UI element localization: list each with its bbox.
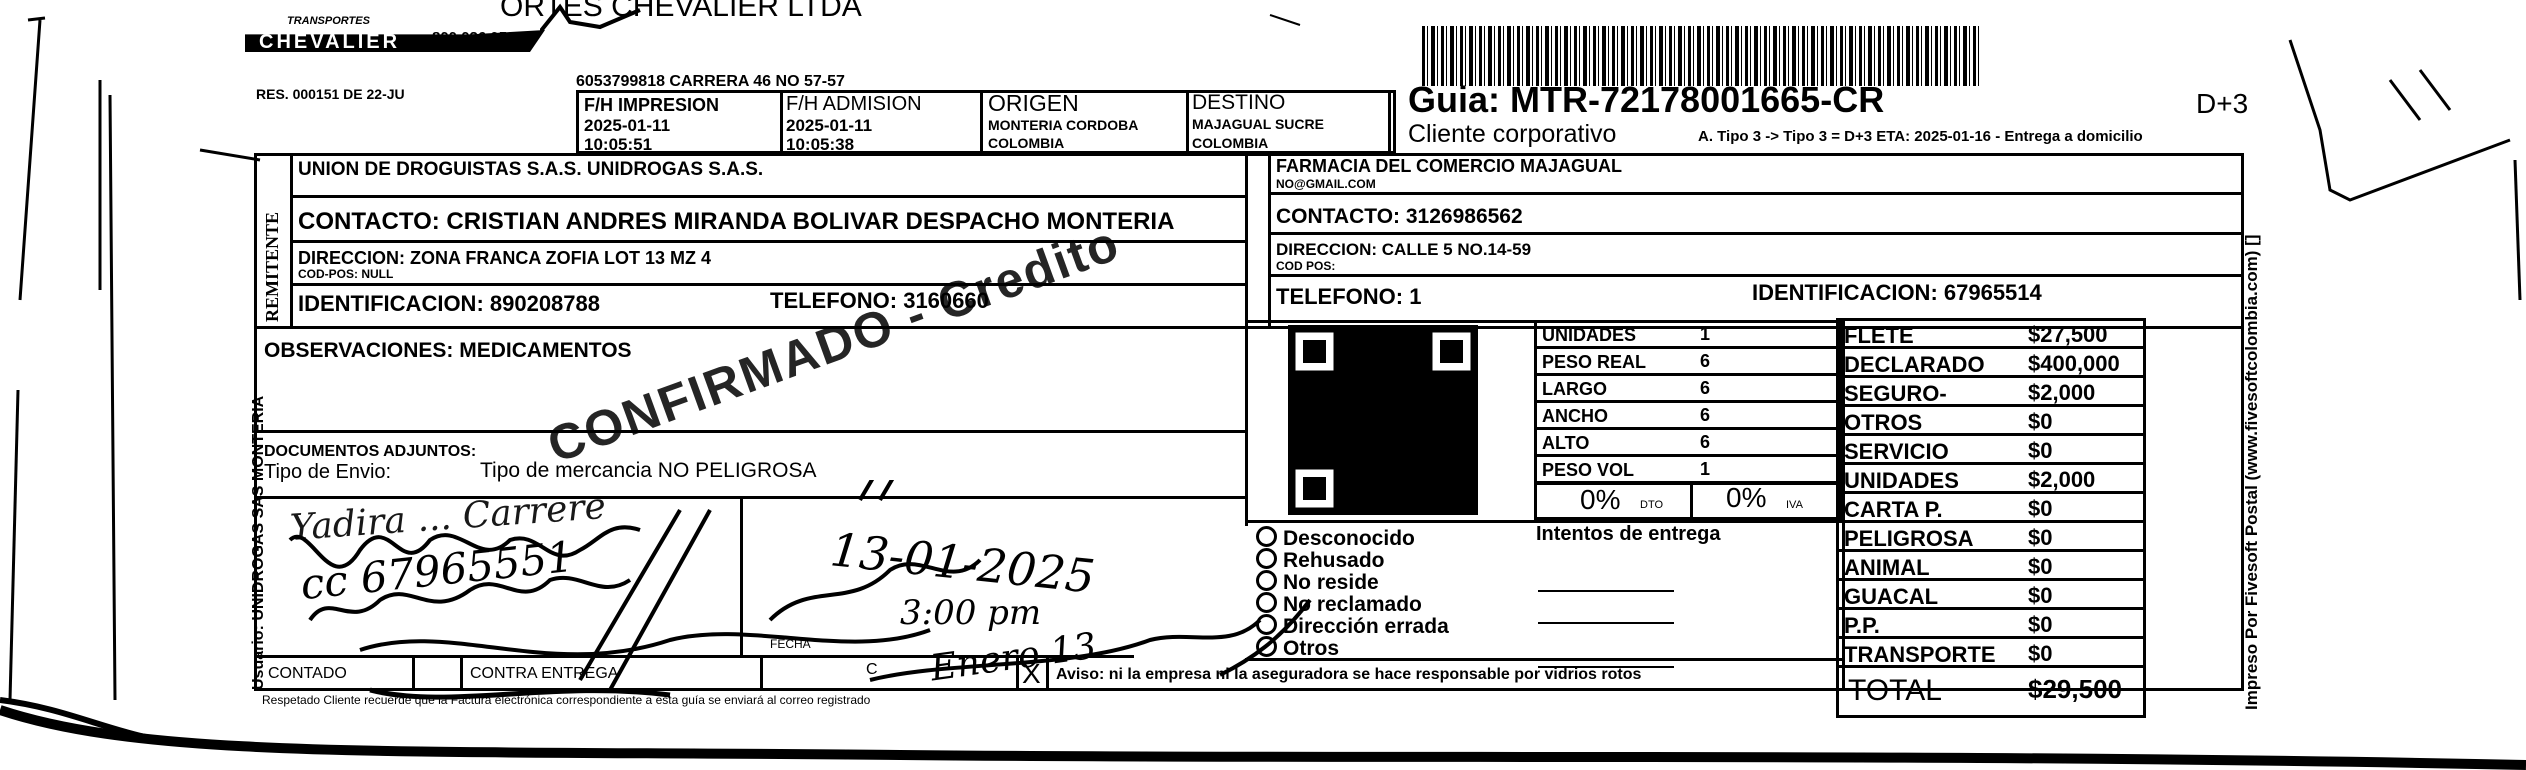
cost-row: GUACAL$0 [1836, 581, 2146, 610]
origen-city: MONTERIA CORDOBA [988, 118, 1138, 132]
origen-label: ORIGEN [988, 92, 1079, 115]
cost-row: CARTA P.$0 [1836, 494, 2146, 523]
cost-row: DECLARADO$400,000 [1836, 349, 2146, 378]
documentos-label: DOCUMENTOS ADJUNTOS: [264, 444, 476, 460]
package-row: LARGO6 [1534, 376, 1842, 403]
cost-row-label: P.P. [1844, 613, 1880, 639]
package-row-value: 6 [1700, 432, 1710, 453]
package-row: ALTO6 [1534, 430, 1842, 457]
devolucion-option[interactable]: No reside [1256, 570, 1449, 592]
package-row-label: PESO VOL [1542, 460, 1634, 481]
cost-row: P.P.$0 [1836, 610, 2146, 639]
devolucion-option-label: No reside [1283, 571, 1379, 594]
package-row-value: 1 [1700, 324, 1710, 345]
handwritten-time: 3:00 pm [900, 596, 1041, 630]
destino-label: DESTINO [1192, 92, 1285, 113]
user-side-text: Usuario: UNIDROGAS SAS MONTERIA [250, 396, 268, 690]
cost-row: UNIDADES$2,000 [1836, 465, 2146, 494]
discount-left-value: 0% [1580, 486, 1620, 514]
remitente-name: UNION DE DROGUISTAS S.A.S. UNIDROGAS S.A… [298, 160, 763, 179]
contraentrega-label: CONTRA ENTREGA [470, 666, 618, 682]
package-row: PESO VOL1 [1534, 457, 1842, 484]
cost-row-value: $27,500 [2028, 322, 2108, 348]
cost-row-value: $0 [2028, 612, 2052, 638]
cost-row-label: OTROS [1844, 410, 1922, 436]
devolucion-options: DesconocidoRehusadoNo resideNo reclamado… [1256, 526, 1449, 658]
radio-circle-icon[interactable] [1256, 526, 1277, 547]
destino-city: MAJAGUAL SUCRE [1192, 117, 1324, 131]
impresion-label: F/H IMPRESION [584, 96, 719, 114]
package-row: ANCHO6 [1534, 403, 1842, 430]
destinatario-identificacion: IDENTIFICACION: 67965514 [1752, 282, 2042, 304]
cost-row: SEGURO-$2,000 [1836, 378, 2146, 407]
footer-note: Respetado Cliente recuerde que la Factur… [262, 694, 870, 706]
devolucion-option[interactable]: Otros [1256, 636, 1449, 658]
cost-row-label: UNIDADES [1844, 468, 1959, 494]
cost-row-value: $2,000 [2028, 467, 2095, 493]
package-row: UNIDADES1 [1534, 322, 1842, 349]
devolucion-option-label: Rehusado [1283, 549, 1385, 572]
logo-big-text: CHEVALIER [259, 32, 400, 52]
radio-circle-icon[interactable] [1256, 548, 1277, 569]
admision-label: F/H ADMISION [786, 94, 922, 114]
remitente-cod-pos: COD-POS: NULL [298, 268, 393, 280]
package-row: PESO REAL6 [1534, 349, 1842, 376]
cost-row-value: $0 [2028, 496, 2052, 522]
cost-row-label: ANIMAL [1844, 555, 1930, 581]
destinatario-telefono: TELEFONO: 1 [1276, 286, 1421, 308]
package-row-label: LARGO [1542, 379, 1607, 400]
contado-label: CONTADO [268, 666, 347, 682]
guia-barcode [1422, 26, 1982, 86]
tipo-envio: Tipo de Envio: [264, 462, 391, 482]
company-name: ORTES CHEVALIER LTDA [500, 0, 862, 22]
cost-row-label: TRANSPORTE [1844, 642, 1996, 668]
admision-time: 10:05:38 [786, 136, 854, 153]
admision-date: 2025-01-11 [786, 117, 872, 134]
cost-row-label: SEGURO- [1844, 381, 1947, 407]
cost-row-label: DECLARADO [1844, 352, 1985, 378]
aviso-text: Aviso: ni la empresa ni la aseguradora s… [1056, 667, 1641, 683]
destinatario-email: NO@GMAIL.COM [1276, 178, 1376, 190]
impresion-time: 10:05:51 [584, 136, 652, 153]
cost-row: ANIMAL$0 [1836, 552, 2146, 581]
package-row-value: 1 [1700, 459, 1710, 480]
firma-fecha-label: FECHA [770, 638, 811, 650]
client-type: Cliente corporativo [1408, 122, 1616, 147]
discount-right-value: 0% [1726, 484, 1766, 512]
devolucion-option[interactable]: Dirección errada [1256, 614, 1449, 636]
destino-country: COLOMBIA [1192, 136, 1268, 150]
cost-row-value: $0 [2028, 554, 2052, 580]
cost-row: TRANSPORTE$0 [1836, 639, 2146, 668]
radio-circle-icon[interactable] [1256, 614, 1277, 635]
tipo-mercancia: Tipo de mercancia NO PELIGROSA [480, 460, 817, 481]
package-row-label: ALTO [1542, 433, 1589, 454]
cost-row-label: SERVICIO [1844, 439, 1949, 465]
devolucion-option-label: Otros [1283, 637, 1339, 660]
cost-row-label: FLETE [1844, 323, 1914, 349]
impresion-date: 2025-01-11 [584, 117, 670, 134]
intentos-label: Intentos de entrega [1536, 524, 1720, 544]
resolution-text: RES. 000151 DE 22-JU [256, 87, 405, 101]
destinatario-name: FARMACIA DEL COMERCIO MAJAGUAL [1276, 157, 1622, 175]
package-row-value: 6 [1700, 351, 1710, 372]
total-label: TOTAL [1848, 676, 1942, 706]
company-address: 6053799818 CARRERA 46 NO 57-57 [576, 74, 845, 90]
destinatario-contacto: CONTACTO: 3126986562 [1276, 206, 1523, 227]
cost-row-value: $0 [2028, 583, 2052, 609]
logo-small-text: TRANSPORTES [287, 16, 370, 27]
cost-row-label: GUACAL [1844, 584, 1938, 610]
devolucion-option-label: No reclamado [1283, 593, 1422, 616]
package-row-value: 6 [1700, 378, 1710, 399]
qr-code [1288, 325, 1478, 515]
discount-left-suffix: DTO [1640, 500, 1663, 511]
cost-row-value: $0 [2028, 525, 2052, 551]
guia-number: Guia: MTR-72178001665-CR [1408, 82, 1884, 118]
cost-row: OTROS$0 [1836, 407, 2146, 436]
route-info: A. Tipo 3 -> Tipo 3 = D+3 ETA: 2025-01-1… [1698, 129, 2143, 144]
devolucion-option[interactable]: No reclamado [1256, 592, 1449, 614]
cost-row: FLETE$27,500 [1836, 320, 2146, 349]
cost-row-label: PELIGROSA [1844, 526, 1974, 552]
radio-circle-icon[interactable] [1256, 570, 1277, 591]
cost-row-label: CARTA P. [1844, 497, 1943, 523]
origen-country: COLOMBIA [988, 136, 1064, 150]
devolucion-option[interactable]: Rehusado [1256, 548, 1449, 570]
remitente-contacto: CONTACTO: CRISTIAN ANDRES MIRANDA BOLIVA… [298, 210, 1174, 234]
package-row-label: ANCHO [1542, 406, 1608, 427]
total-value: $29,500 [2028, 676, 2122, 702]
cost-row: PELIGROSA$0 [1836, 523, 2146, 552]
remitente-direccion: DIRECCION: ZONA FRANCA ZOFIA LOT 13 MZ 4 [298, 249, 711, 267]
service-code: D+3 [2196, 90, 2248, 118]
cost-row-value: $0 [2028, 641, 2052, 667]
package-row-value: 6 [1700, 405, 1710, 426]
destinatario-cod-pos: COD POS: [1276, 260, 1335, 272]
cost-row-value: $400,000 [2028, 351, 2120, 377]
credito-label: C [866, 662, 878, 678]
radio-circle-icon[interactable] [1256, 636, 1277, 657]
package-row-label: UNIDADES [1542, 325, 1636, 346]
remitente-identificacion: IDENTIFICACION: 890208788 [298, 293, 600, 315]
package-row-label: PESO REAL [1542, 352, 1646, 373]
company-nit: 800.036.052-0 [432, 30, 529, 45]
devolucion-option-label: Desconocido [1283, 527, 1415, 550]
radio-circle-icon[interactable] [1256, 592, 1277, 613]
devolucion-option-label: Dirección errada [1283, 615, 1449, 638]
cost-row-value: $0 [2028, 438, 2052, 464]
devolucion-option[interactable]: Desconocido [1256, 526, 1449, 548]
cost-row: SERVICIO$0 [1836, 436, 2146, 465]
printed-by-side-text: Impreso Por Fivesoft Postal (www.fivesof… [2242, 235, 2262, 710]
cost-row-value: $2,000 [2028, 380, 2095, 406]
discount-right-suffix: IVA [1786, 500, 1803, 511]
remitente-side-label: REMITENTE [262, 212, 283, 322]
observaciones: OBSERVACIONES: MEDICAMENTOS [264, 340, 632, 361]
destinatario-direccion: DIRECCION: CALLE 5 NO.14-59 [1276, 241, 1531, 258]
cost-row-value: $0 [2028, 409, 2052, 435]
